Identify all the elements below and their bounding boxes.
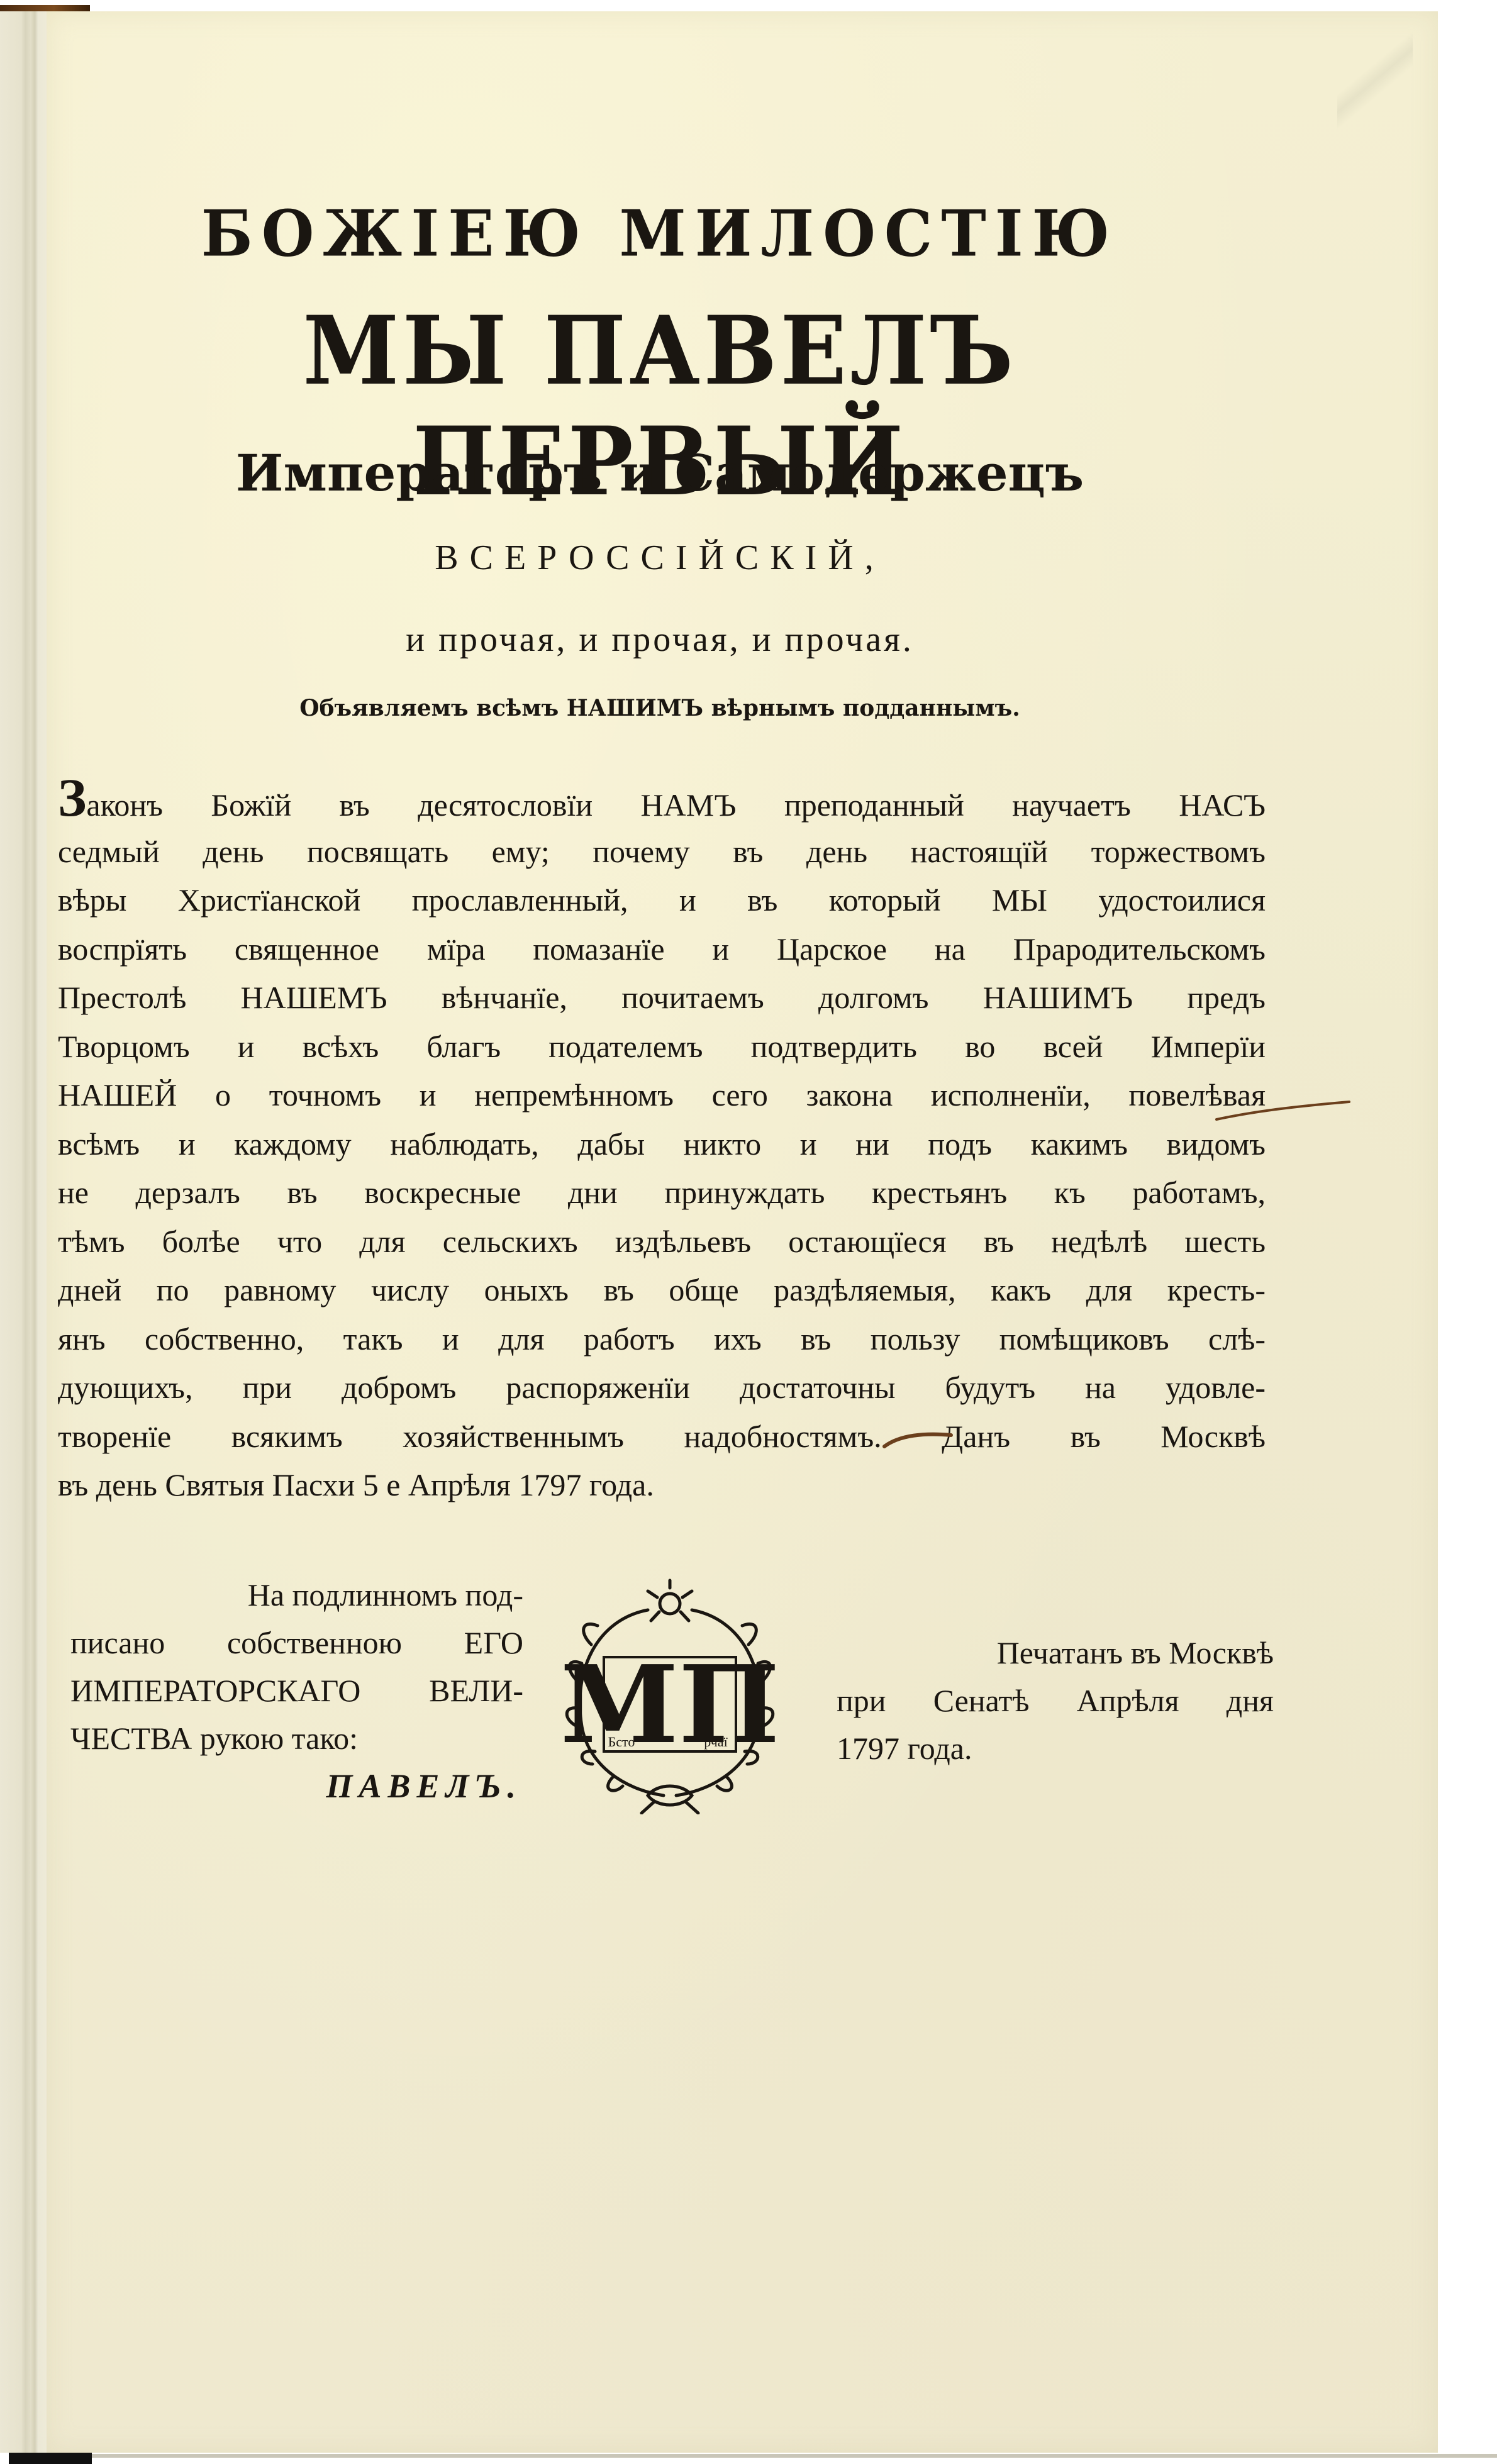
body-line: тѣмъ болѣе что для сельскихъ издѣльевъ о… — [58, 1218, 1266, 1267]
signature-note-line: ЧЕСТВА рукою тако: — [70, 1714, 523, 1762]
body-line: воспрїять священное мїра помазанїе и Цар… — [58, 925, 1266, 974]
ink-pen-stroke — [1214, 1098, 1352, 1123]
imperial-signature: ПАВЕЛЪ. — [70, 1762, 523, 1810]
scan-edge-bottom — [9, 2453, 92, 2464]
body-line: вѣры Христїанской прославленный, и въ ко… — [58, 876, 1266, 925]
body-line: творенїе всякимъ хозяйственнымъ надобнос… — [58, 1412, 1266, 1462]
body-line: всѣмъ и каждому наблюдать, дабы никто и … — [58, 1120, 1266, 1169]
imprint-line: 1797 года. — [837, 1724, 1274, 1772]
signature-note: На подлинномъ под- писано собственною ЕГ… — [70, 1571, 523, 1810]
body-line: Законъ Божїй въ десятословїи НАМЪ препод… — [58, 779, 1266, 828]
scan-edge-bottom-line — [92, 2454, 1497, 2458]
body-line: дующихъ, при добромъ распоряженїи достат… — [58, 1363, 1266, 1412]
body-line: не дерзалъ въ воскресные дни принуждать … — [58, 1168, 1266, 1218]
drop-cap: З — [58, 767, 86, 828]
printing-imprint: Печатанъ въ Москвѣ при Сенатѣ Апрѣля дня… — [837, 1629, 1274, 1772]
body-line: седмый день посвящать ему; почему въ ден… — [58, 828, 1266, 877]
ink-pen-stroke — [881, 1428, 956, 1453]
body-line: янъ собственно, такъ и для работъ ихъ въ… — [58, 1315, 1266, 1364]
heading-announcement: Объявляемъ всѣмъ НАШИМЪ вѣрнымъ подданны… — [47, 695, 1273, 721]
heading-by-grace: БОЖІЕЮ МИЛОСТІЮ — [47, 196, 1273, 271]
svg-text:рчаї: рчаї — [704, 1734, 728, 1750]
heading-title: Императоръ и Самодержецъ — [47, 443, 1273, 502]
heading-realm: ВСЕРОССІЙСКІЙ, — [47, 538, 1273, 578]
signature-note-line: писано собственною ЕГО — [70, 1619, 523, 1667]
signature-note-line: На подлинномъ под- — [70, 1571, 523, 1619]
imprint-line: при Сенатѣ Апрѣля дня — [837, 1677, 1274, 1724]
body-line: НАШЕЙ о точномъ и непремѣнномъ сего зако… — [58, 1071, 1266, 1120]
svg-text:Бсто: Бсто — [608, 1734, 635, 1750]
signature-note-line: ИМПЕРАТОРСКАГО ВЕЛИ- — [70, 1667, 523, 1714]
heading-etcetera: и прочая, и прочая, и прочая. — [47, 619, 1273, 660]
svg-text:МП: МП — [560, 1642, 780, 1768]
imprint-line: Печатанъ въ Москвѣ — [837, 1629, 1274, 1677]
body-line: Престолѣ НАШЕМЪ вѣнчанїе, почитаемъ долг… — [58, 974, 1266, 1023]
printer-emblem: МП Бсто рчаї — [554, 1575, 786, 1814]
body-line: Творцомъ и всѣхъ благъ подателемъ подтве… — [58, 1023, 1266, 1072]
binding-margin — [0, 11, 53, 2453]
decree-body: Законъ Божїй въ десятословїи НАМЪ препод… — [58, 779, 1266, 1510]
wreath-monogram-icon: МП Бсто рчаї — [554, 1575, 786, 1814]
body-line: въ день Святыя Пасхи 5 е Апрѣля 1797 год… — [58, 1461, 1266, 1510]
body-line: дней по равному числу оныхъ въ обще разд… — [58, 1266, 1266, 1315]
